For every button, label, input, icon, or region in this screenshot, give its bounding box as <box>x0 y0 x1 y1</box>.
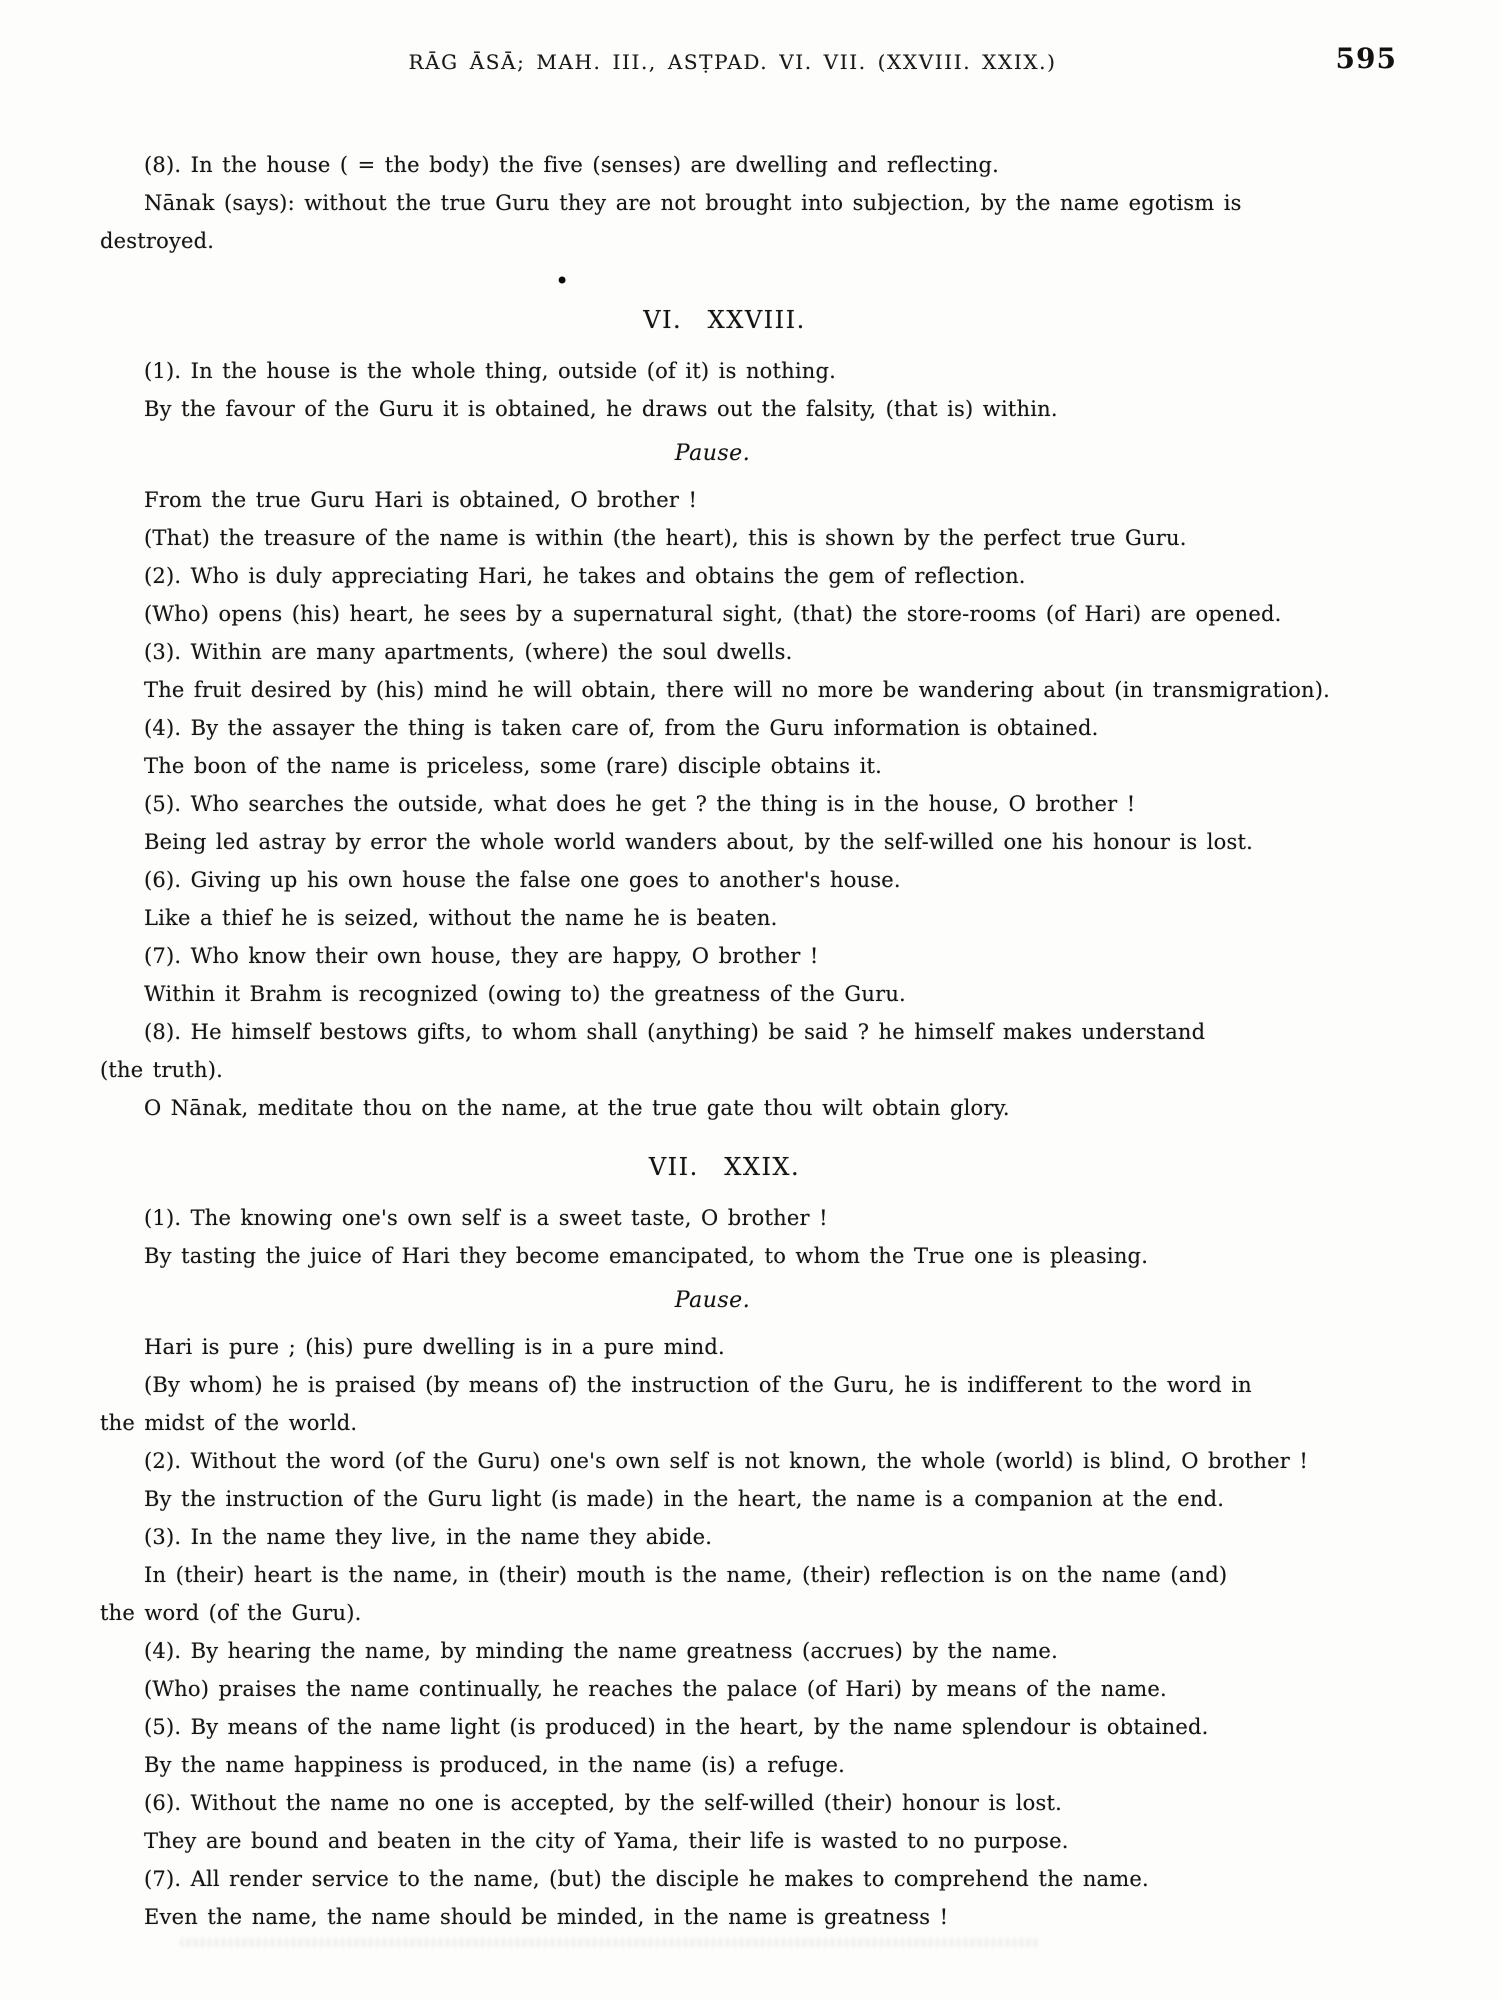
verse-line: In (their) heart is the name, in (their)… <box>100 1556 1405 1594</box>
running-title: RĀG ĀSĀ; MAH. III., ASṬPAD. VI. VII. (XX… <box>408 50 1056 74</box>
verse-line: (By whom) he is praised (by means of) th… <box>100 1366 1405 1404</box>
verse-line: O Nānak, meditate thou on the name, at t… <box>100 1089 1405 1127</box>
verse-line: (4). By the assayer the thing is taken c… <box>100 709 1405 747</box>
verse-line: (2). Who is duly appreciating Hari, he t… <box>100 557 1405 595</box>
verse-line: Within it Brahm is recognized (owing to)… <box>100 975 1405 1013</box>
verse-line: (the truth). <box>100 1051 1405 1089</box>
verse-line: The boon of the name is priceless, some … <box>100 747 1405 785</box>
verse-line: (3). Within are many apartments, (where)… <box>100 633 1405 671</box>
verse-line: (5). By means of the name light (is prod… <box>100 1708 1405 1746</box>
verse-line: By tasting the juice of Hari they become… <box>100 1237 1405 1275</box>
section-separator: • <box>100 268 1405 294</box>
verse-line: (2). Without the word (of the Guru) one'… <box>100 1442 1405 1480</box>
section-heading-vi-xxviii: VI. XXVIII. <box>72 306 1377 334</box>
pause-label: Pause. <box>60 1288 1365 1313</box>
verse-line: They are bound and beaten in the city of… <box>100 1822 1405 1860</box>
verse-line: By the instruction of the Guru light (is… <box>100 1480 1405 1518</box>
scanned-book-page: RĀG ĀSĀ; MAH. III., ASṬPAD. VI. VII. (XX… <box>0 0 1500 2000</box>
verse-line: The fruit desired by (his) mind he will … <box>100 671 1405 709</box>
page-body: (8). In the house ( = the body) the five… <box>100 146 1405 1936</box>
verse-line: (1). The knowing one's own self is a swe… <box>100 1199 1405 1237</box>
verse-line: By the favour of the Guru it is obtained… <box>100 390 1405 428</box>
verse-line: (6). Giving up his own house the false o… <box>100 861 1405 899</box>
verse-line: (Who) opens (his) heart, he sees by a su… <box>100 595 1405 633</box>
verse-line: Even the name, the name should be minded… <box>100 1898 1405 1936</box>
verse-line: Like a thief he is seized, without the n… <box>100 899 1405 937</box>
page-content: RĀG ĀSĀ; MAH. III., ASṬPAD. VI. VII. (XX… <box>0 0 1500 1936</box>
verse-line: (7). Who know their own house, they are … <box>100 937 1405 975</box>
verse-line: the word (of the Guru). <box>100 1594 1405 1632</box>
verse-line: (6). Without the name no one is accepted… <box>100 1784 1405 1822</box>
verse-line: From the true Guru Hari is obtained, O b… <box>100 481 1405 519</box>
verse-line: Being led astray by error the whole worl… <box>100 823 1405 861</box>
verse-line: (8). He himself bestows gifts, to whom s… <box>100 1013 1405 1051</box>
verse-line: Hari is pure ; (his) pure dwelling is in… <box>100 1328 1405 1366</box>
verse-line: destroyed. <box>100 222 1405 260</box>
verse-line: (Who) praises the name continually, he r… <box>100 1670 1405 1708</box>
verse-line: (5). Who searches the outside, what does… <box>100 785 1405 823</box>
verse-line: (4). By hearing the name, by minding the… <box>100 1632 1405 1670</box>
verse-line: (3). In the name they live, in the name … <box>100 1518 1405 1556</box>
verse-line: (That) the treasure of the name is withi… <box>100 519 1405 557</box>
page-number: 595 <box>1336 42 1397 75</box>
pause-label: Pause. <box>60 441 1365 466</box>
verse-line: the midst of the world. <box>100 1404 1405 1442</box>
page-bleed-artifact <box>180 1938 1040 1947</box>
separator-dot-icon: • <box>555 267 569 295</box>
page-header: RĀG ĀSĀ; MAH. III., ASṬPAD. VI. VII. (XX… <box>100 50 1405 90</box>
verse-line: (7). All render service to the name, (bu… <box>100 1860 1405 1898</box>
verse-line: By the name happiness is produced, in th… <box>100 1746 1405 1784</box>
verse-line: (8). In the house ( = the body) the five… <box>100 146 1405 184</box>
verse-line: Nānak (says): without the true Guru they… <box>100 184 1405 222</box>
section-heading-vii-xxix: VII. XXIX. <box>72 1153 1377 1181</box>
verse-line: (1). In the house is the whole thing, ou… <box>100 352 1405 390</box>
